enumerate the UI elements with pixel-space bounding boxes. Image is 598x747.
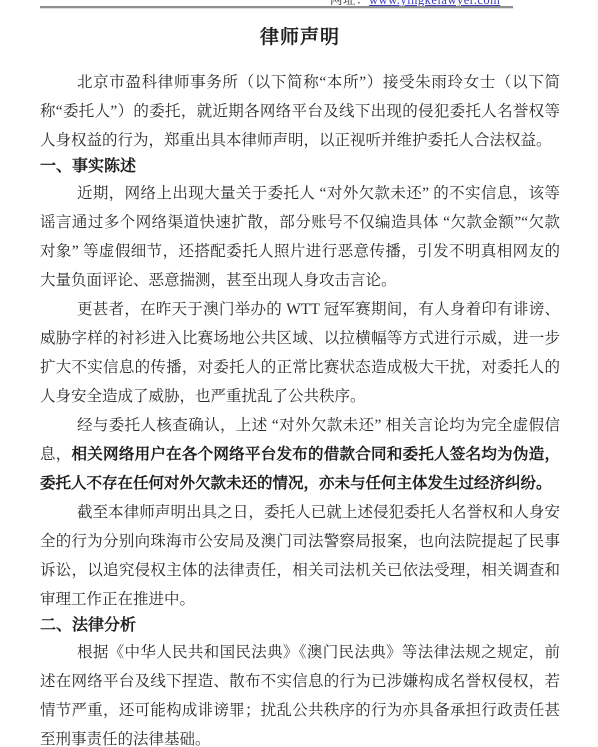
document-title: 律师声明 bbox=[40, 24, 560, 51]
legal-analysis-paragraph: 根据《中华人民共和国民法典》《澳门民法典》等法律法规之规定，前述在网络平台及线下… bbox=[40, 638, 560, 747]
section-1-heading: 一、事实陈述 bbox=[40, 157, 560, 177]
document-body: 律师声明 北京市盈科律师事务所（以下简称“本所”）接受朱雨玲女士（以下简称“委托… bbox=[0, 0, 598, 747]
section-2-heading: 二、法律分析 bbox=[40, 616, 560, 636]
facts-paragraph-3: 经与委托人核查确认，上述 “对外欠款未还” 相关言论均为完全虚假信息，相关网络用… bbox=[40, 411, 560, 498]
document-page: 网址：www.yingkelawyer.com 律师声明 北京市盈科律师事务所（… bbox=[0, 0, 598, 747]
facts-paragraph-1: 近期，网络上出现大量关于委托人 “对外欠款未还” 的不实信息，该等谣言通过多个网… bbox=[40, 179, 560, 295]
facts-paragraph-3-bold-run: 相关网络用户在各个网络平台发布的借款合同和委托人签名均为伪造，委托人不存在任何对… bbox=[40, 446, 560, 492]
facts-paragraph-4: 截至本律师声明出具之日，委托人已就上述侵犯委托人名誉权和人身安全的行为分别向珠海… bbox=[40, 498, 560, 614]
facts-paragraph-2: 更甚者，在昨天于澳门举办的 WTT 冠军赛期间，有人身着印有诽谤、威胁字样的衬衫… bbox=[40, 295, 560, 411]
intro-paragraph: 北京市盈科律师事务所（以下简称“本所”）接受朱雨玲女士（以下简称“委托人”）的委… bbox=[40, 68, 560, 155]
